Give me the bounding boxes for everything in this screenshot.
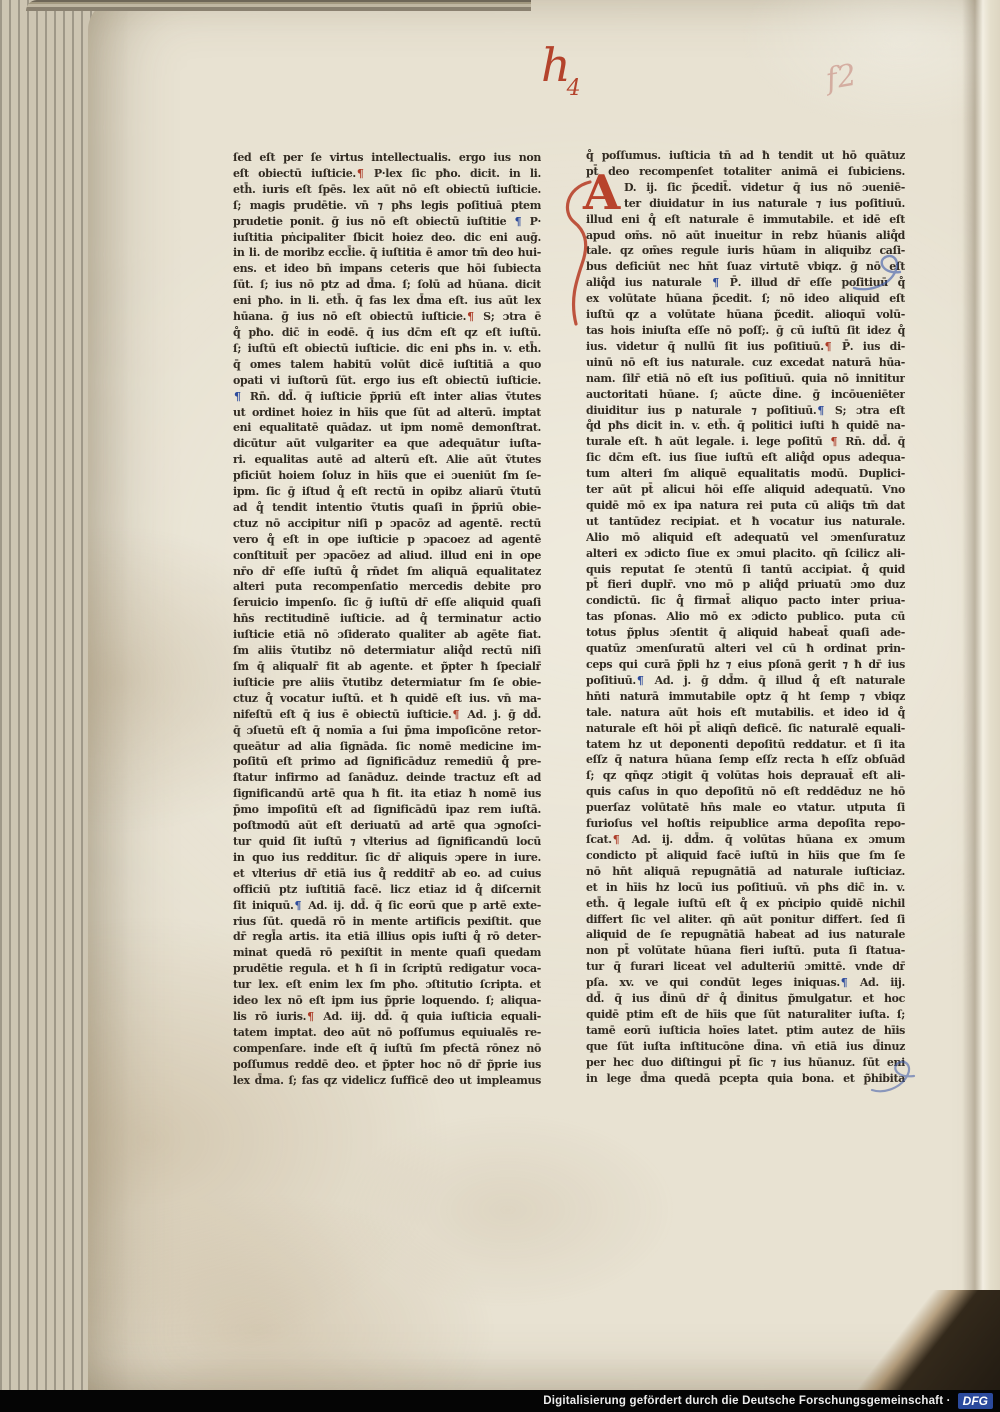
text-line: quidē ptim eſt de hīis que ſūt naturalit… [586,1007,905,1023]
text-line: eth̄. q̄ legale iuſtū eſt q̊ ex pṅcipio … [586,896,905,912]
text-line: hn̄ti naturā immutabile optz q̄ ht ſemp … [586,689,905,705]
text-line: q̊d pħs dicit in. v. eth̄. q̄ politici i… [586,418,905,434]
text-line: et vlterius dr̄ etiā ius q̊ redditr̄ ab … [233,866,541,882]
text-line: eſt obiectū iuſticie.¶ P·lex ſic pħo. di… [233,166,541,182]
text-line: tatem hz ut deponenti depoſitū reddatur.… [586,737,905,753]
text-line: q̄ omes talem habitū volūt dicē iuſtitiā… [233,357,541,373]
text-line: puerſaz volūtatē hn̄s male eo vtatur. ut… [586,800,905,816]
text-line: rius ſūt. quedā rō in mente artificis pe… [233,914,541,930]
text-line: aliquid de ſe repugnātiā habeat ad ius n… [586,927,905,943]
text-line: poſitū eſt primo ad ſignificāduz remediū… [233,754,541,770]
text-line: eth̄. iuris eſt ſpēs. lex aūt nō eſt obi… [233,182,541,198]
text-line: ceps qui curā p̃pli hz ⁊ eius pſonā geri… [586,657,905,673]
text-line: condicto pt̄ aliquid facē iuſtū in hīis … [586,848,905,864]
text-line: ctuz q̊ vocatur iuſtū. et ħ quidē eſt iu… [233,691,541,707]
text-line: ter aūt pt̄ alicui hōi eſſe aliquid adeq… [586,482,905,498]
text-line: ſūt. ſ; ius nō ptz ad d̄ma. ſ; ſolū ad h… [233,277,541,293]
text-line: furioſus vel hoſtis reipublice arma depo… [586,816,905,832]
text-line: nam. ſilr̄ etiā nō eſt ius poſitiuū. qui… [586,371,905,387]
text-line: ut tantūdez recipiat. et ħ vocatur ius n… [586,514,905,530]
text-line: vero q̊ eſt in ope iuſticie p ɔpacoez ad… [233,532,541,548]
text-line: nr̄o dr̄ eſſe iuſtū q̊ rn̄det ſm aliquā … [233,564,541,580]
text-line: ſcat.¶ Ad. ij. dd̄m. q̄ volūtas hūana ex… [586,832,905,848]
text-line: poſtmodū aūt eſt deriuatū ad artē qua ɔg… [233,818,541,834]
leaf-edge-lines [0,0,96,1412]
text-line: q̊ pħo. dic̄ in eodē. q̄ ius dc̄m eſt qz… [233,325,541,341]
text-line: pſa. xv. ve qui condūt leges iniquas.¶ A… [586,975,905,991]
text-line: ius. videtur q̄ nullū ſit ius poſitiuū.¶… [586,339,905,355]
pilcrow-mark: ¶ [636,674,645,687]
text-line: alteri ex ɔdicto ſiue ex ɔmui placito. q… [586,546,905,562]
text-line: ſtatur infirmo ad ſanāduz. deinde tractu… [233,770,541,786]
text-line: tur q̄ furari liceat vel adulteriū ɔmitt… [586,959,905,975]
text-line: ſ; qz qn̄qz ɔtigit q̄ volūtas hois depra… [586,768,905,784]
text-line: differt ſic vel aliter. qn̄ aūt ponitur … [586,912,905,928]
text-line: ſic dc̄m eſt. ius ſiue iuſtū eſt aliq̊d … [586,450,905,466]
text-line: in li. de moribz eccl̄ie. q̄ iuſtitia ē … [233,245,541,261]
text-line: q̊ poſſumus. iuſticia tn̄ ad ħ tendit ut… [586,148,905,164]
text-line: p̄mo impoſitū eſt ad ſignificādū ipaz re… [233,802,541,818]
text-line: poſitiuū.¶ Ad. j. ḡ dd̄m. q̄ illud q̊ eſ… [586,673,905,689]
text-line: eſſz q̄ natura hūana ſemp eſſz recta ħ e… [586,752,905,768]
dfg-logo: DFG [958,1393,993,1409]
text-line: iuſticie pre aliis v̄tutibz determiatur … [233,675,541,691]
text-line: per hec duo diſtingui pt̄ ſic ⁊ ius hūan… [586,1055,905,1071]
text-line: hn̄s rectitudinē iuſticie. ad q̊ termina… [233,611,541,627]
text-line: queātur ad alia ſignāda. ſic nomē medici… [233,739,541,755]
text-line: diuiditur ius p naturale ⁊ poſitiuū.¶ S;… [586,403,905,419]
text-line: tale. natura aūt hois eſt mutabilis. et … [586,705,905,721]
text-line: officiū ptz iuſtitiā facē. licz etiaz id… [233,882,541,898]
pilcrow-mark: ¶ [612,833,621,846]
text-line: auctoritati hūane. ſ; aūcte d̄ine. ḡ inc… [586,387,905,403]
text-line: totus p̃plus ɔſentit q̄ aliquid habeat̄ … [586,625,905,641]
pilcrow-mark: ¶ [356,167,365,180]
text-line: alteri puta recompenſatio mercedis debit… [233,579,541,595]
text-line: iuſtitia pṅcipaliter ſbicit hoiez deo. d… [233,230,541,246]
text-line: ad q̊ tendit intentio v̄tutis quaſi in p… [233,500,541,516]
text-line: tas hois iniuſta eſſe nō poſſ;. ḡ cū iuſ… [586,323,905,339]
text-line: quis reputat ſe ɔtentū ſi tantū accipiat… [586,562,905,578]
credit-text: Digitalisierung gefördert durch die Deut… [543,1395,950,1407]
text-line: turale eſt. ħ aūt legale. i. lege poſitū… [586,434,905,450]
text-line: illud eni q̊ eſt naturale ē immutabile. … [586,212,905,228]
text-line: tur quid ſit iuſtū ⁊ vlterius ad ſignifi… [233,834,541,850]
text-line: quidē mō ex ipa natura rei puta cū aliq̄… [586,498,905,514]
text-line: minat quedā rō pexiſtit in mente quaſi q… [233,945,541,961]
text-line: ſeruicio impenſo. ſic ḡ iuſtū dr̄ eſſe a… [233,595,541,611]
text-line: tatem imptat. deo aūt nō poſſumus equiua… [233,1025,541,1041]
text-line: ens. et ideo bn̄ impans ceteris que hōi … [233,261,541,277]
text-line: quatūz ɔmenſuratū alteri vel cū ħ ordina… [586,641,905,657]
text-line: in lege d̄ma quedā pcepta quia bona. et … [586,1071,905,1087]
text-line: dr̄ regl̄a artis. ita etiā illius opis i… [233,929,541,945]
text-line: prudētie regula. et ħ ſi in ſcriptū redi… [233,961,541,977]
text-line: tum alteri ſm aliquē equalitatis modū. D… [586,466,905,482]
text-line: conſtituit̄ per ɔpacōez ad aliud. illud … [233,548,541,564]
text-line: que ſūt iuſta inſtitucōne d̄ina. vn̄ eti… [586,1039,905,1055]
signature-number: 4 [567,76,581,101]
text-line: ri. equalitas autē ad alterū eſt. Alie a… [233,452,541,468]
pilcrow-mark: ¶ [816,404,825,417]
text-line: ſm aliis v̄tutibz nō determiatur aliq̊d … [233,643,541,659]
text-line: ſm q̄ aliqualr̄ fit ab agente. et p̃pter… [233,659,541,675]
pilcrow-mark: ¶ [711,276,720,289]
text-line: ideo lex nō eſt ipm ius p̃prie loquendo.… [233,993,541,1009]
text-line: condictū. ſic q̊ firmat̄ aliquo pacto in… [586,593,905,609]
text-line: ſit iniquū.¶ Ad. ij. dd̄. q̄ ſic eorū qu… [233,898,541,914]
text-line: ſ; iuſtū eſt obiectū iuſticie. dic eni p… [233,341,541,357]
text-line: ipm. ſic ḡ iſtud q̊ eſt rectū in opibz a… [233,484,541,500]
text-line: ut ordinet hoiez in hīis que ſūt ad alte… [233,405,541,421]
text-line: apud om̄s. nō aūt inueitur in rebz hūani… [586,228,905,244]
blue-end-flourish [868,1056,920,1098]
text-line: q̄ ɔſuetū eſt q̄ nomīa a ſui p̄ma impoſi… [233,723,541,739]
text-line: tamē eorū iuſticia hoīes latet. ptim aut… [586,1023,905,1039]
text-line: eni pħo. in li. eth̄. q̄ fas lex d̄ma eſ… [233,293,541,309]
text-line: dd̄. q̄ ius d̄inū dr̄ q̊ d̄initus p̃mulg… [586,991,905,1007]
text-line: pficiūt hoiem ſoluz in hīis que ei ɔueni… [233,468,541,484]
text-line: pt̄ deo recompenſet totaliter animā ei ſ… [586,164,905,180]
text-line: opati vi iuſtorū ſūt. ergo ius eſt obiec… [233,373,541,389]
text-line: compenſare. inde eſt q̄ iuſtū ſm pfectā … [233,1041,541,1057]
text-line: naturale eſt hōi pt̄ aliqn̄ deficē. ſic … [586,721,905,737]
text-line: in quo ius redditur. ſic dr̄ aliquis ɔpe… [233,850,541,866]
text-line: iuſticie etiā nō ɔſiderato qualiter ab a… [233,627,541,643]
pilcrow-mark: ¶ [840,976,849,989]
text-line: uinū nō eſt ius naturale. cuz excedat na… [586,355,905,371]
text-line: dicūtur aūt vulgariter ea que adequātur … [233,436,541,452]
text-line: lex d̄ma. ſ; fas qz videlicz ſufficē deo… [233,1073,541,1089]
digitization-credit-bar: Digitalisierung gefördert durch die Deut… [0,1390,1000,1412]
page-fold-edge [962,0,1000,1390]
text-line: et in hīis hz locū ius poſitiuū. vn̄ pħs… [586,880,905,896]
pilcrow-mark: ¶ [233,390,242,403]
text-line: tas pſonas. Alio mō ex ɔdicto publico. p… [586,609,905,625]
pilcrow-mark: ¶ [830,435,839,448]
pilcrow-mark: ¶ [451,708,460,721]
text-line: hūana. ḡ ius nō eſt obiectū iuſticie.¶ S… [233,309,541,325]
text-line: Alio mō aliquid eſt adequatū vel ɔmenſur… [586,530,905,546]
text-line: ſ; magis prudētie. vn̄ ⁊ pħs legis poſit… [233,198,541,214]
pilcrow-mark: ¶ [824,340,833,353]
pilcrow-mark: ¶ [306,1010,315,1023]
initial-pen-flourish [560,178,600,328]
top-leaf-edges [26,0,531,11]
text-line: ſed eſt per ſe virtus intellectualis. er… [233,150,541,166]
text-line: tur lex. eſt enim lex ſm pħo. ɔſtitutio … [233,977,541,993]
left-text-column: ſed eſt per ſe virtus intellectualis. er… [233,150,541,1088]
text-line: non pt̄ volūtate hūana fieri iuſtū. puta… [586,943,905,959]
text-line: ter diuidatur in ius naturale ⁊ ius poſi… [586,196,905,212]
text-line: D. ij. ſic p̃cedit̄. videtur q̄ ius nō ɔ… [586,180,905,196]
text-line: nifeſtū eſt q̄ ius ē obiectū iuſticie.¶ … [233,707,541,723]
text-line: pt̄ fieri duplr̄. vno mō p aliq̊d priuat… [586,577,905,593]
manuscript-scan: h4 f2 ſed eſt per ſe virtus intellectual… [0,0,1000,1412]
pilcrow-mark: ¶ [466,310,475,323]
text-line: nō hn̄t aliquā repugnātiā ad naturale iu… [586,864,905,880]
text-line: ſignificandū artē qua ħ fit. ita etiaz ħ… [233,786,541,802]
text-line: eni equalitatē quādaz. ut ipm nomē demon… [233,420,541,436]
pilcrow-mark: ¶ [514,215,523,228]
text-line: lis rō iuris.¶ Ad. iij. dd̄. q̄ quia iuſ… [233,1009,541,1025]
text-line: prudetie ponit. ḡ ius nō eſt obiectū iuſ… [233,214,541,230]
text-line: quis caſus in quo depoſitū nō eſt reddēd… [586,784,905,800]
blue-margin-flourish [850,248,910,296]
text-line: iuſtū qz a volūtate hūana p̃cedit. alioq… [586,307,905,323]
faint-folio-mark: f2 [823,58,859,98]
pilcrow-mark: ¶ [293,899,302,912]
text-line: ctuz nō accipitur niſi p ɔpacōz ad agent… [233,516,541,532]
text-line: ¶ Rn̄. dd̄. q̄ iuſticie p̃priū eſt inter… [233,389,541,405]
quire-signature-mark: h4 [541,42,581,100]
text-line: poſſumus reddē deo. et p̃pter hoc nō dr̄… [233,1057,541,1073]
